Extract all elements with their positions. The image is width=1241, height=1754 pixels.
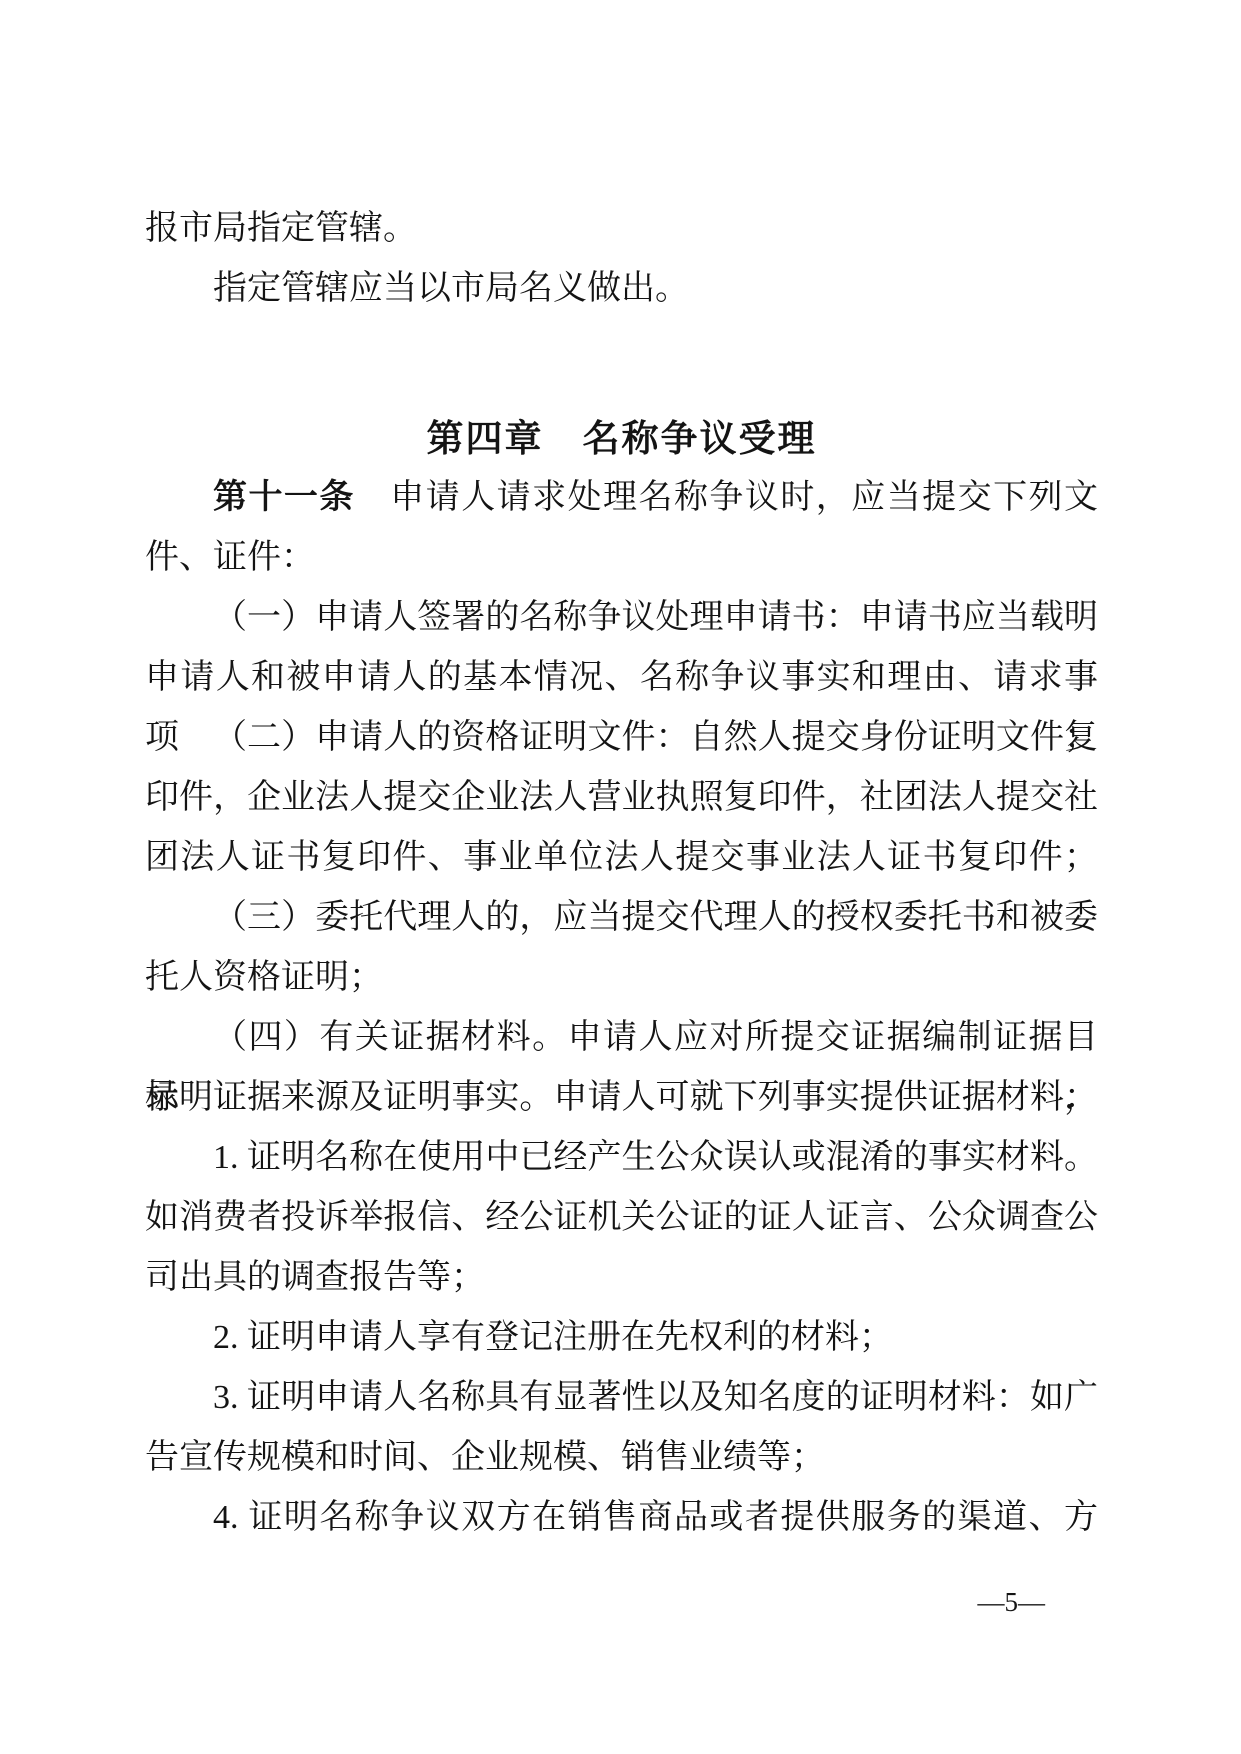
chapter-heading-row: 第四章 名称争议受理 bbox=[145, 410, 1098, 470]
intro-paragraphs: 报市局指定管辖。 指定管辖应当以市局名义做出。 bbox=[145, 199, 1098, 319]
page-number: —5— bbox=[978, 1586, 1046, 1618]
text-line: （四）有关证据材料。申请人应对所提交证据编制证据目录， bbox=[145, 1008, 1098, 1068]
chapter-heading: 第四章 名称争议受理 bbox=[427, 419, 817, 460]
text-line: （一）申请人签署的名称争议处理申请书：申请书应当载明 bbox=[145, 588, 1098, 648]
text-run: 申请人请求处理名称争议时，应当提交下列文 bbox=[355, 479, 1098, 516]
text-line: 报市局指定管辖。 bbox=[145, 199, 1098, 259]
text-line: 司出具的调查报告等； bbox=[145, 1248, 1098, 1308]
text-line: （三）委托代理人的，应当提交代理人的授权委托书和被委 bbox=[145, 888, 1098, 948]
document-page: 报市局指定管辖。 指定管辖应当以市局名义做出。 第四章 名称争议受理 第十一条 … bbox=[0, 0, 1241, 1754]
text-line: 团法人证书复印件、事业单位法人提交事业法人证书复印件； bbox=[145, 828, 1098, 888]
text-line: 3. 证明申请人名称具有显著性以及知名度的证明材料：如广 bbox=[145, 1368, 1098, 1428]
article-body: 第十一条 申请人请求处理名称争议时，应当提交下列文 件、证件： （一）申请人签署… bbox=[145, 468, 1098, 1548]
article-number: 第十一条 bbox=[213, 479, 355, 516]
text-line: 2. 证明申请人享有登记注册在先权利的材料； bbox=[145, 1308, 1098, 1368]
text-line: 印件，企业法人提交企业法人营业执照复印件，社团法人提交社 bbox=[145, 768, 1098, 828]
text-line: 第十一条 申请人请求处理名称争议时，应当提交下列文 bbox=[145, 468, 1098, 528]
text-line: 标明证据来源及证明事实。申请人可就下列事实提供证据材料： bbox=[145, 1068, 1098, 1128]
text-line: 指定管辖应当以市局名义做出。 bbox=[145, 259, 1098, 319]
text-line: 告宣传规模和时间、企业规模、销售业绩等； bbox=[145, 1428, 1098, 1488]
text-line: 件、证件： bbox=[145, 528, 1098, 588]
text-line: 4. 证明名称争议双方在销售商品或者提供服务的渠道、方 bbox=[145, 1488, 1098, 1548]
text-line: 托人资格证明； bbox=[145, 948, 1098, 1008]
text-line: 申请人和被申请人的基本情况、名称争议事实和理由、请求事项； bbox=[145, 648, 1098, 708]
text-line: （二）申请人的资格证明文件：自然人提交身份证明文件复 bbox=[145, 708, 1098, 768]
text-line: 如消费者投诉举报信、经公证机关公证的证人证言、公众调查公 bbox=[145, 1188, 1098, 1248]
text-line: 1. 证明名称在使用中已经产生公众误认或混淆的事实材料。 bbox=[145, 1128, 1098, 1188]
